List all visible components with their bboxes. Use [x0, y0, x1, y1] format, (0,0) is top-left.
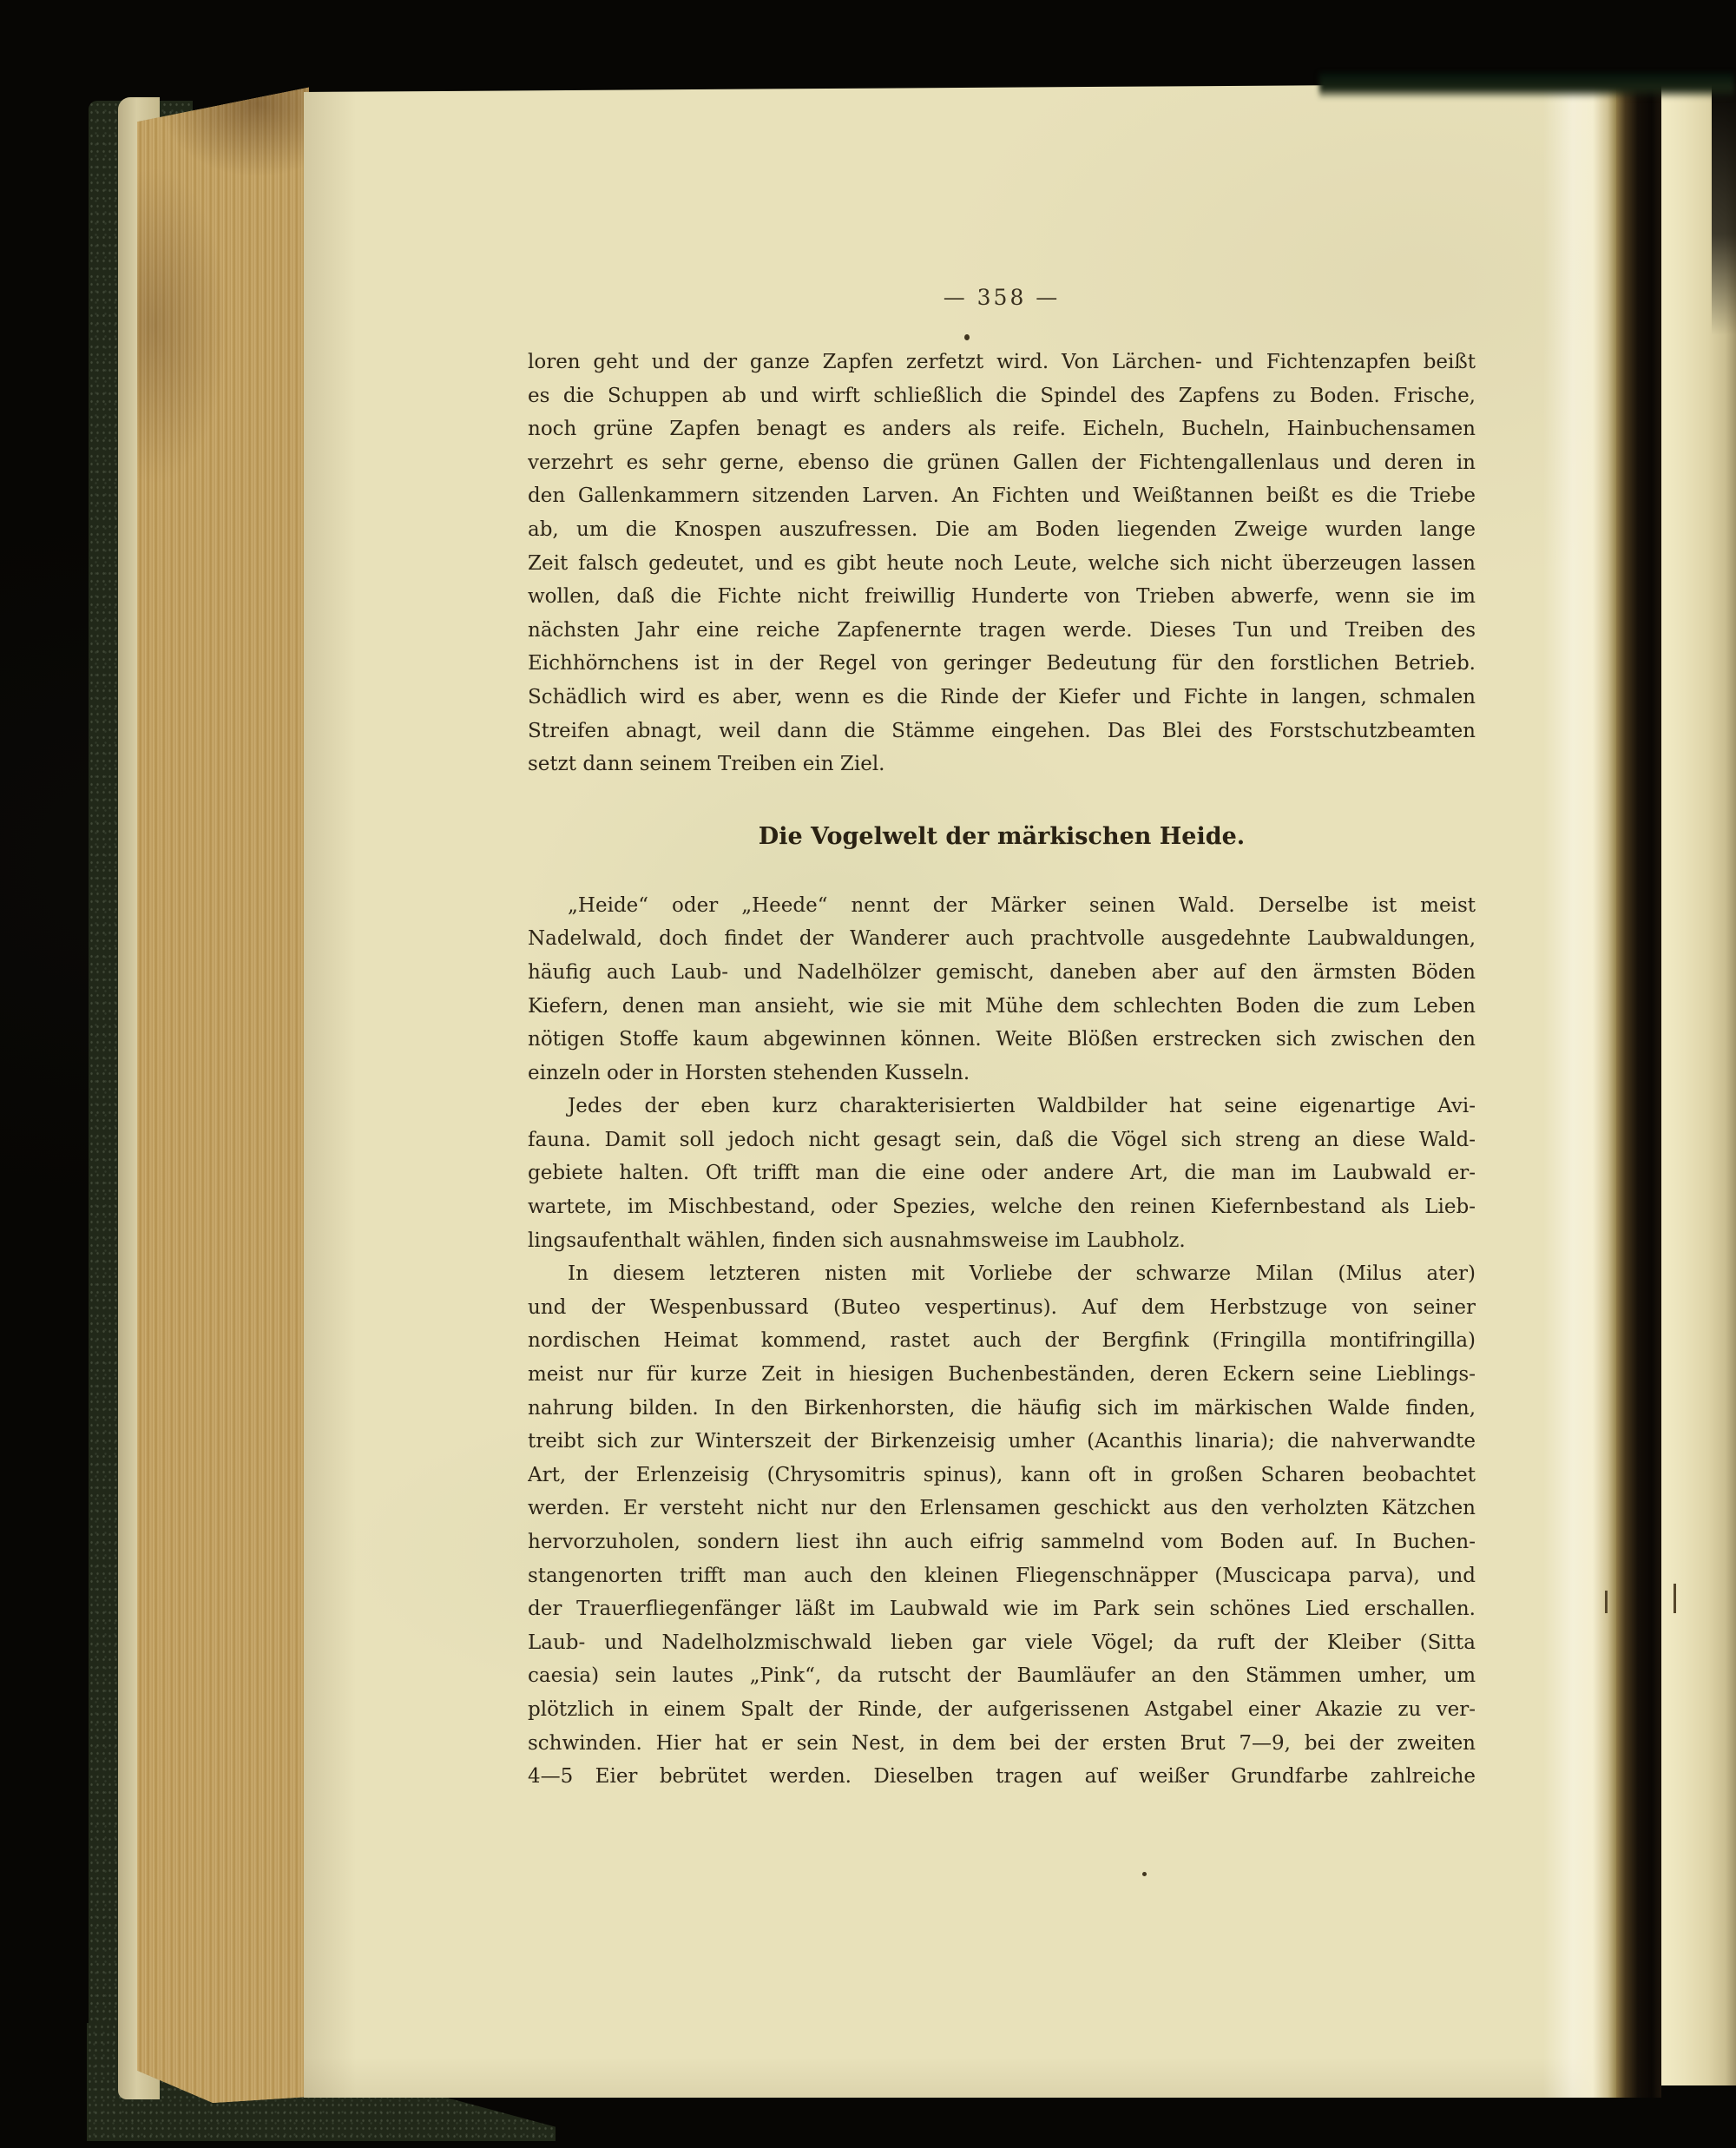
text-line: plötzlich in einem Spalt der Rinde, der …	[528, 1693, 1476, 1727]
text-line: meist nur für kurze Zeit in hiesigen Buc…	[528, 1358, 1476, 1392]
text-line: noch grüne Zapfen benagt es anders als r…	[528, 412, 1476, 446]
text-line: treibt sich zur Winterszeit der Birkenze…	[528, 1425, 1476, 1459]
text-line: Schädlich wird es aber, wenn es die Rind…	[528, 681, 1476, 715]
text-line: Art, der Erlenzeisig (Chrysomitris spinu…	[528, 1459, 1476, 1492]
section-heading: Die Vogelwelt der märkischen Heide.	[528, 821, 1476, 853]
headband-cloth	[1319, 73, 1734, 99]
text-line: verzehrt es sehr gerne, ebenso die grüne…	[528, 446, 1476, 480]
left-page: — 358 — loren geht und der ganze Zapfen …	[304, 83, 1616, 2098]
text-line: einzeln oder in Horsten stehenden Kussel…	[528, 1057, 1476, 1090]
text-line: wartete, im Mischbestand, oder Spezies, …	[528, 1190, 1476, 1224]
text-line: Nadelwald, doch findet der Wanderer auch…	[528, 922, 1476, 956]
text-line: Zeit falsch gedeutet, und es gibt heute …	[528, 547, 1476, 581]
text-line: Jedes der eben kurz charakterisierten Wa…	[528, 1090, 1476, 1123]
text-line: nahrung bilden. In den Birkenhorsten, di…	[528, 1392, 1476, 1426]
text-block: loren geht und der ganze Zapfen zerfetzt…	[528, 346, 1476, 1794]
text-line: Streifen abnagt, weil dann die Stämme ei…	[528, 715, 1476, 748]
text-line: stangenorten trifft man auch den kleinen…	[528, 1559, 1476, 1593]
text-line: häufig auch Laub- und Nadelhölzer gemisc…	[528, 956, 1476, 990]
text-line: schwinden. Hier hat er sein Nest, in dem…	[528, 1727, 1476, 1761]
text-line: den Gallenkammern sitzenden Larven. An F…	[528, 479, 1476, 513]
text-line: nötigen Stoffe kaum abgewinnen können. W…	[528, 1023, 1476, 1057]
text-line: der Trauerfliegenfänger läßt im Laubwald…	[528, 1592, 1476, 1626]
text-line: fauna. Damit soll jedoch nicht gesagt se…	[528, 1123, 1476, 1157]
text-line: wollen, daß die Fichte nicht freiwillig …	[528, 580, 1476, 614]
ink-speck	[1142, 1872, 1147, 1876]
text-line: Kiefern, denen man ansieht, wie sie mit …	[528, 990, 1476, 1024]
page-number: — 358 —	[528, 285, 1476, 310]
right-page-top-shadow	[1712, 83, 1736, 335]
right-page-sliver	[1661, 83, 1736, 2085]
text-line: setzt dann seinem Treiben ein Ziel.	[528, 748, 1476, 781]
text-line: gebiete halten. Oft trifft man die eine …	[528, 1156, 1476, 1190]
text-line: 4—5 Eier bebrütet werden. Dieselben trag…	[528, 1760, 1476, 1794]
margin-mark	[1605, 1591, 1608, 1613]
text-line: caesia) sein lautes „Pink“, da rutscht d…	[528, 1659, 1476, 1693]
text-line: ab, um die Knospen auszufressen. Die am …	[528, 513, 1476, 547]
text-line: Laub- und Nadelholzmischwald lieben gar …	[528, 1626, 1476, 1660]
text-line: loren geht und der ganze Zapfen zerfetzt…	[528, 346, 1476, 379]
text-line: und der Wespenbussard (Buteo vespertinus…	[528, 1291, 1476, 1325]
text-line: hervorzuholen, sondern liest ihn auch ei…	[528, 1525, 1476, 1559]
text-line: In diesem letzteren nisten mit Vorliebe …	[528, 1257, 1476, 1291]
text-line: nordischen Heimat kommend, rastet auch d…	[528, 1324, 1476, 1358]
text-line: „Heide“ oder „Heede“ nennt der Märker se…	[528, 889, 1476, 923]
ink-speck	[964, 334, 970, 340]
gutter-shadow	[1616, 82, 1661, 2098]
fore-edge-page-stack	[137, 83, 309, 2103]
text-line: nächsten Jahr eine reiche Zapfenernte tr…	[528, 614, 1476, 648]
text-line: lingsaufenthalt wählen, finden sich ausn…	[528, 1224, 1476, 1258]
photo-background: — 358 — loren geht und der ganze Zapfen …	[0, 0, 1736, 2148]
text-line: Eichhörnchens ist in der Regel von gerin…	[528, 647, 1476, 681]
text-line: es die Schuppen ab und wirft schließlich…	[528, 379, 1476, 413]
text-line: werden. Er versteht nicht nur den Erlens…	[528, 1492, 1476, 1525]
margin-mark	[1674, 1584, 1676, 1613]
